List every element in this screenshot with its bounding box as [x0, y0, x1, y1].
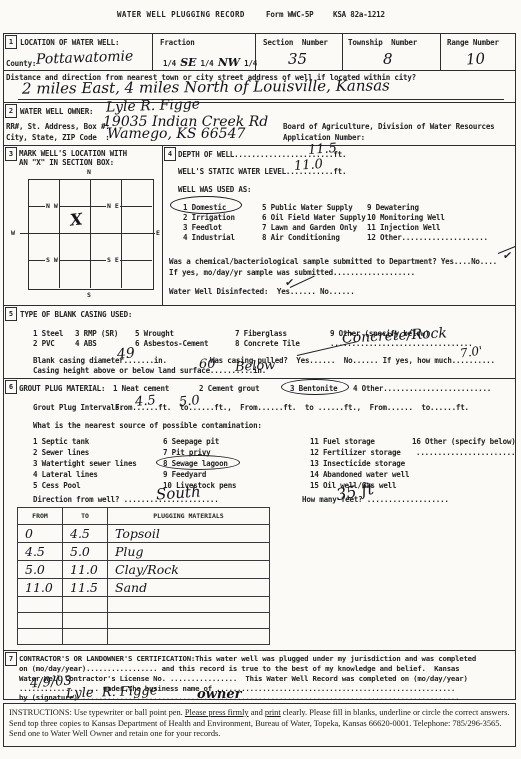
contam-fuel-storage: 11 Fuel storage [310, 437, 375, 446]
signed-as-owner-note: owner [197, 687, 241, 702]
divider [3, 378, 515, 379]
grout-option-other: 4 Other......................... [353, 384, 491, 393]
material-cell: Topsoil [108, 525, 270, 543]
divider [3, 145, 515, 146]
sample-submitted-question: Was a chemical/bacteriological sample su… [169, 257, 497, 266]
disinfected-question: Water Well Disinfected: Yes...... No....… [169, 287, 355, 296]
address-label: RR#, St. Address, Box #: [6, 122, 110, 131]
grout-intervals-label: Grout Plug Intervals: [33, 403, 124, 412]
contam-watertight-sewer: 3 Watertight sewer lines [33, 459, 137, 468]
form-number: Form WWC-5P [266, 10, 313, 19]
instructions-block: INSTRUCTIONS: Use typewriter or ball poi… [3, 703, 516, 747]
grout-heading: GROUT PLUG MATERIAL: [19, 384, 105, 393]
contam-other-dots: ....................... [416, 448, 515, 457]
grout-option-cement-grout: 2 Cement grout [199, 384, 259, 393]
contam-insecticide-storage: 13 Insecticide storage [310, 459, 405, 468]
sewage-lagoon-circled-mark [156, 455, 240, 470]
how-many-feet-label: How many feet? ................... [302, 495, 449, 504]
bentonite-circled-mark [281, 379, 349, 395]
certification-line-3: Water Well Contractor's License No. ....… [19, 674, 468, 683]
contam-abandoned-well: 14 Abandoned water well [310, 470, 409, 479]
from-cell: 0 [18, 525, 63, 543]
use-option-other: 12 Other.................... [367, 233, 488, 242]
township-number-value: 8 [383, 50, 393, 68]
location-heading: LOCATION OF WATER WELL: [20, 38, 119, 47]
use-option-lawn-garden: 7 Lawn and Garden Only [262, 223, 357, 232]
fraction-quarter-1: SE [180, 56, 196, 69]
fraction-value: 1/4 SE 1/4 NW 1/4 [163, 56, 257, 69]
section-1-number: 1 [5, 35, 17, 49]
use-option-dewatering: 9 Dewatering [367, 203, 419, 212]
casing-height-below-note: Below [235, 358, 276, 375]
contam-cess-pool: 5 Cess Pool [33, 481, 80, 490]
use-option-industrial: 4 Industrial [183, 233, 235, 242]
use-option-irrigation: 2 Irrigation [183, 213, 235, 222]
from-cell: 4.5 [18, 543, 63, 561]
divider [342, 33, 343, 70]
divider [3, 305, 515, 306]
contam-septic-tank: 1 Septic tank [33, 437, 89, 446]
casing-option-pvc: 2 PVC [33, 339, 55, 348]
casing-height-value: 60 [199, 357, 216, 372]
city-state-zip-label: City, State, ZIP Code : [6, 133, 110, 142]
distance-value: 2 miles East, 4 miles North of Louisvill… [22, 76, 390, 97]
from-cell [18, 613, 63, 629]
material-cell [108, 597, 270, 613]
compass-east-label: E [155, 229, 161, 237]
grout-option-neat-cement: 1 Neat cement [113, 384, 169, 393]
table-row: 5.011.0Clay/Rock [18, 561, 270, 579]
owner-heading: WATER WELL OWNER: [20, 107, 93, 116]
divider [3, 102, 515, 103]
casing-option-steel: 1 Steel [33, 329, 63, 338]
to-column-header: TO [63, 508, 108, 525]
mark-location-heading-1: MARK WELL'S LOCATION WITH [19, 149, 127, 158]
casing-height-label: Casing height above or below land surfac… [33, 366, 266, 375]
divider [152, 33, 153, 70]
section-3-number: 3 [5, 147, 17, 161]
certification-line-2: on (mo/day/year)................. and th… [19, 664, 459, 673]
to-cell: 11.0 [63, 561, 108, 579]
materials-column-header: PLUGGING MATERIALS [108, 508, 270, 525]
table-row: 4.55.0Plug [18, 543, 270, 561]
contam-seepage-pit: 6 Seepage pit [163, 437, 219, 446]
use-option-monitoring: 10 Monitoring Well [367, 213, 445, 222]
section-4-number: 4 [164, 147, 176, 161]
range-number-label: Range Number [447, 38, 499, 47]
material-cell: Clay/Rock [108, 561, 270, 579]
county-value: Pottawatomie [36, 48, 134, 67]
section-number-value: 35 [288, 50, 307, 68]
table-row [18, 613, 270, 629]
range-number-value: 10 [465, 49, 485, 68]
casing-option-abs: 4 ABS [75, 339, 97, 348]
table-row [18, 629, 270, 645]
contam-fertilizer-storage: 12 Fertilizer storage [310, 448, 401, 457]
use-option-air-conditioning: 8 Air Conditioning [262, 233, 340, 242]
contam-lateral-lines: 4 Lateral lines [33, 470, 98, 479]
grid-nw-label: N W [45, 202, 59, 210]
grout-interval-from-value: 4.5 [134, 393, 156, 410]
contamination-heading: What is the nearest source of possible c… [33, 421, 262, 430]
material-cell [108, 613, 270, 629]
contam-other-label: 16 Other (specify below) [412, 437, 516, 446]
application-number-label: Application Number: [283, 133, 365, 142]
from-column-header: FROM [18, 508, 63, 525]
to-cell: 5.0 [63, 543, 108, 561]
casing-option-asbestos: 6 Asbestos-Cement [135, 339, 208, 348]
depth-of-well-value: 11.5 [308, 141, 338, 158]
compass-west-label: W [10, 229, 16, 237]
table-row [18, 597, 270, 613]
material-cell [108, 629, 270, 645]
use-option-public-water: 5 Public Water Supply [262, 203, 353, 212]
casing-heading: TYPE OF BLANK CASING USED: [20, 310, 132, 319]
from-cell: 5.0 [18, 561, 63, 579]
plugging-materials-table: FROM TO PLUGGING MATERIALS 04.5Topsoil 4… [17, 507, 270, 645]
material-cell: Sand [108, 579, 270, 597]
instructions-text: and [249, 708, 265, 717]
grid-line [20, 233, 160, 234]
table-row: 11.011.5Sand [18, 579, 270, 597]
fraction-label: Fraction [160, 38, 195, 47]
grout-intervals-dots: From......ft. to......ft., From......ft.… [115, 403, 469, 412]
grid-ne-label: N E [106, 202, 120, 210]
section-number-label: Section Number [263, 38, 328, 47]
casing-option-fiberglass: 7 Fiberglass [235, 329, 287, 338]
from-cell: 11.0 [18, 579, 63, 597]
casing-diameter-label: Blank casing diameter.......in. [33, 356, 167, 365]
use-option-oil-field: 6 Oil Field Water Supply [262, 213, 366, 222]
to-cell: 4.5 [63, 525, 108, 543]
to-cell: 11.5 [63, 579, 108, 597]
casing-option-wrought: 5 Wrought [135, 329, 174, 338]
casing-option-rmp: 3 RMP (SR) [75, 329, 118, 338]
statute-reference: KSA 82a-1212 [333, 10, 385, 19]
use-option-injection: 11 Injection Well [367, 223, 440, 232]
compass-south-label: S [86, 291, 92, 299]
fraction-quarter-2: NW [218, 56, 240, 69]
from-cell [18, 629, 63, 645]
distance-underline [18, 99, 504, 100]
to-cell [63, 597, 108, 613]
grid-se-label: S E [106, 256, 120, 264]
well-used-as-heading: WELL WAS USED AS: [178, 185, 251, 194]
direction-from-well-value: South [155, 482, 201, 503]
divider [440, 33, 441, 70]
compass-north-label: N [86, 168, 92, 176]
divider [3, 650, 515, 651]
material-cell: Plug [108, 543, 270, 561]
contam-feedyard: 9 Feedyard [163, 470, 206, 479]
from-cell [18, 597, 63, 613]
to-cell [63, 629, 108, 645]
to-cell [63, 613, 108, 629]
table-row: 04.5Topsoil [18, 525, 270, 543]
signature-value: Lyle R. Figge [66, 683, 158, 701]
township-number-label: Township Number [348, 38, 417, 47]
divider [162, 145, 163, 305]
certification-line-1: CONTRACTOR'S OR LANDOWNER'S CERTIFICATIO… [19, 654, 476, 663]
owner-value: Lyle R. Figge [106, 96, 201, 115]
casing-diameter-value: 49 [116, 345, 135, 362]
county-label: County: [6, 59, 36, 68]
casing-option-concrete-tile: 8 Concrete Tile [235, 339, 300, 348]
well-location-x-mark: X [69, 209, 83, 229]
static-water-level-value: 11.0 [294, 157, 324, 174]
grid-sw-label: S W [45, 256, 59, 264]
table-header-row: FROM TO PLUGGING MATERIALS [18, 508, 270, 525]
city-state-zip-value: Wamego, KS 66547 [107, 126, 245, 142]
use-option-feedlot: 3 Feedlot [183, 223, 222, 232]
instructions-underlined-press-firmly: Please press firmly [185, 708, 249, 717]
section-7-number: 7 [5, 652, 17, 666]
instructions-underlined-print: print [265, 708, 281, 717]
mark-location-heading-2: AN "X" IN SECTION BOX: [19, 158, 114, 167]
section-5-number: 5 [5, 307, 17, 321]
section-6-number: 6 [5, 380, 17, 394]
grout-interval-to-value: 5.0 [178, 393, 200, 410]
contam-sewer-lines: 2 Sewer lines [33, 448, 89, 457]
instructions-text: INSTRUCTIONS: Use typewriter or ball poi… [9, 708, 185, 717]
section-2-number: 2 [5, 104, 17, 118]
domestic-circled-mark [170, 196, 242, 214]
water-well-plugging-record-scan: WATER WELL PLUGGING RECORD Form WWC-5P K… [0, 0, 521, 759]
form-title: WATER WELL PLUGGING RECORD [117, 10, 245, 19]
divider [3, 70, 515, 71]
board-of-agriculture-label: Board of Agriculture, Division of Water … [283, 122, 494, 131]
section-box-grid [28, 179, 154, 290]
